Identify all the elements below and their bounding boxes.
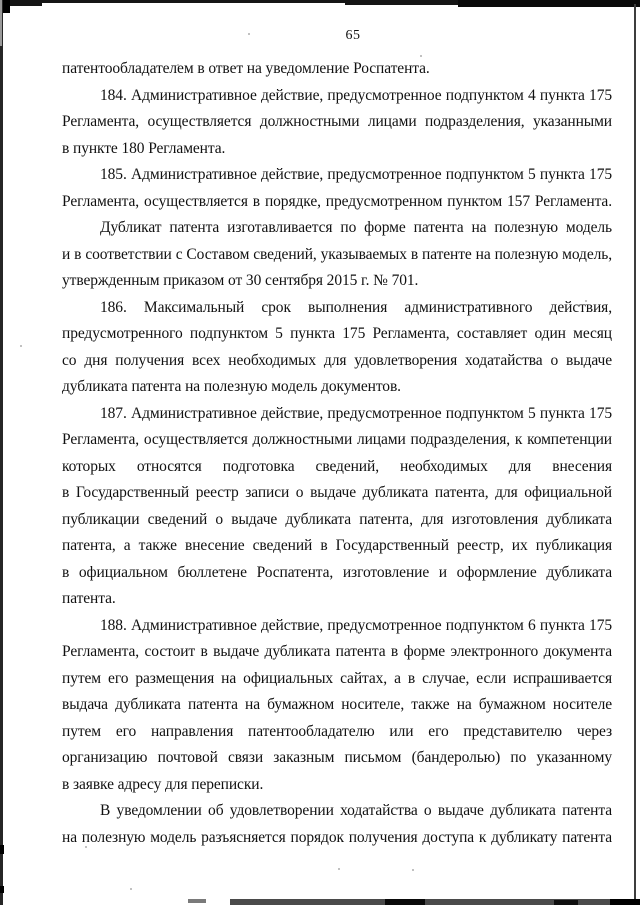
text-line: 188. Административное действие, предусмо… [62,613,612,640]
text-line: в официальном бюллетене Роспатента, изго… [62,560,612,587]
text-line: В уведомлении об удовлетворении ходатайс… [62,798,612,825]
paragraph: патентообладателем в ответ на уведомлени… [62,56,612,83]
text-line: 186. Максимальный срок выполнения админи… [62,295,612,322]
paragraph: Дубликат патента изготавливается по форм… [62,215,612,295]
scan-edge-right [634,4,636,905]
scan-edge-bottom-band [230,899,640,905]
text-line: которых относятся подготовка сведений, н… [62,454,612,481]
text-line: 185. Административное действие, предусмо… [62,162,612,189]
scan-bottom-dash [188,899,206,903]
scan-bottom-black-segment [610,899,640,905]
text-line: дубликата патента на полезную модель док… [62,374,612,401]
paragraph: 186. Максимальный срок выполнения админи… [62,295,612,401]
paragraph: 185. Административное действие, предусмо… [62,162,612,215]
text-line: Регламента, осуществляется должностными … [62,427,612,454]
document-body: патентообладателем в ответ на уведомлени… [62,56,612,851]
text-line: в Государственный реестр записи о выдаче… [62,480,612,507]
text-line: Регламента, осуществляется должностными … [62,109,612,136]
text-line: и в соответствии с Составом сведений, ук… [62,242,612,269]
scan-speck [20,345,22,347]
scan-speck [130,888,132,890]
text-line: в пункте 180 Регламента. [62,136,612,163]
scan-bottom-black-segment [554,900,578,905]
text-line: публикации сведений о выдаче дубликата п… [62,507,612,534]
text-line: в заявке адресу для переписки. [62,772,612,799]
text-line: Дубликат патента изготавливается по форм… [62,215,612,242]
page-number: 65 [62,28,612,44]
text-line: 184. Административное действие, предусмо… [62,83,612,110]
text-line: Регламента, состоит в выдаче дубликата п… [62,639,612,666]
text-line: выдача дубликата патента на бумажном нос… [62,692,612,719]
text-line: патента. [62,586,612,613]
scan-speck [338,868,340,870]
scan-bottom-black-segment [385,899,425,905]
text-line: путем его размещения на официальных сайт… [62,666,612,693]
text-line: предусмотренного подпунктом 5 пункта 175… [62,321,612,348]
paragraph: 187. Административное действие, предусмо… [62,401,612,613]
text-line: со дня получения всех необходимых для уд… [62,348,612,375]
scan-edge-top-right-thick [458,0,640,7]
text-line: патентообладателем в ответ на уведомлени… [62,56,612,83]
paragraph: 188. Административное действие, предусмо… [62,613,612,799]
scan-edge-left-gray [0,0,2,46]
paragraph: 184. Административное действие, предусмо… [62,83,612,163]
text-line: организацию почтовой связи заказным пись… [62,745,612,772]
text-line: на полезную модель разъясняется порядок … [62,825,612,852]
scanned-document-page: 65 патентообладателем в ответ на уведомл… [0,0,640,905]
scan-edge-left [0,0,3,905]
text-line: путем его направления патентообладателю … [62,719,612,746]
scan-speck [412,869,414,871]
paragraph: В уведомлении об удовлетворении ходатайс… [62,798,612,851]
text-line: утвержденным приказом от 30 сентября 201… [62,268,612,295]
text-line: Регламента, осуществляется в порядке, пр… [62,189,612,216]
scan-left-tick [0,886,4,893]
scan-left-tick [0,845,4,854]
text-line: патента, а также внесение сведений в Гос… [62,533,612,560]
text-line: 187. Административное действие, предусмо… [62,401,612,428]
